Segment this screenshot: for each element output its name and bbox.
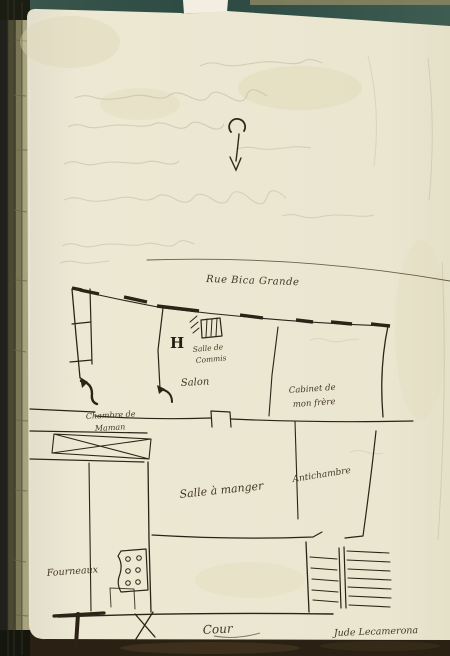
binding-corner: [0, 0, 30, 20]
binding-corner: [0, 630, 30, 656]
courtyard-label: Cour: [202, 621, 234, 637]
room-label-salon: Salon: [181, 377, 210, 389]
stain: [20, 16, 120, 68]
binding-band: [8, 0, 16, 656]
bottom-edge-blotch: [320, 641, 440, 651]
gate-post-mark: [76, 614, 78, 645]
room-label-chambre-line2: Maman: [94, 422, 126, 433]
stain: [100, 88, 180, 120]
marker-h-label: H: [170, 334, 184, 352]
stain: [195, 562, 305, 598]
cover-edge-highlight: [250, 0, 450, 5]
binding-band: [16, 0, 22, 656]
scanned-notebook-page: Rue Bica Grande H Salle de Commis Salon …: [0, 0, 450, 656]
binding-spine: [0, 0, 8, 656]
stain: [395, 240, 447, 420]
book-binding: [0, 0, 30, 656]
stain: [238, 66, 362, 110]
bottom-edge-blotch: [120, 642, 300, 654]
manuscript-floor-plan-drawing: Rue Bica Grande H Salle de Commis Salon …: [0, 0, 450, 656]
